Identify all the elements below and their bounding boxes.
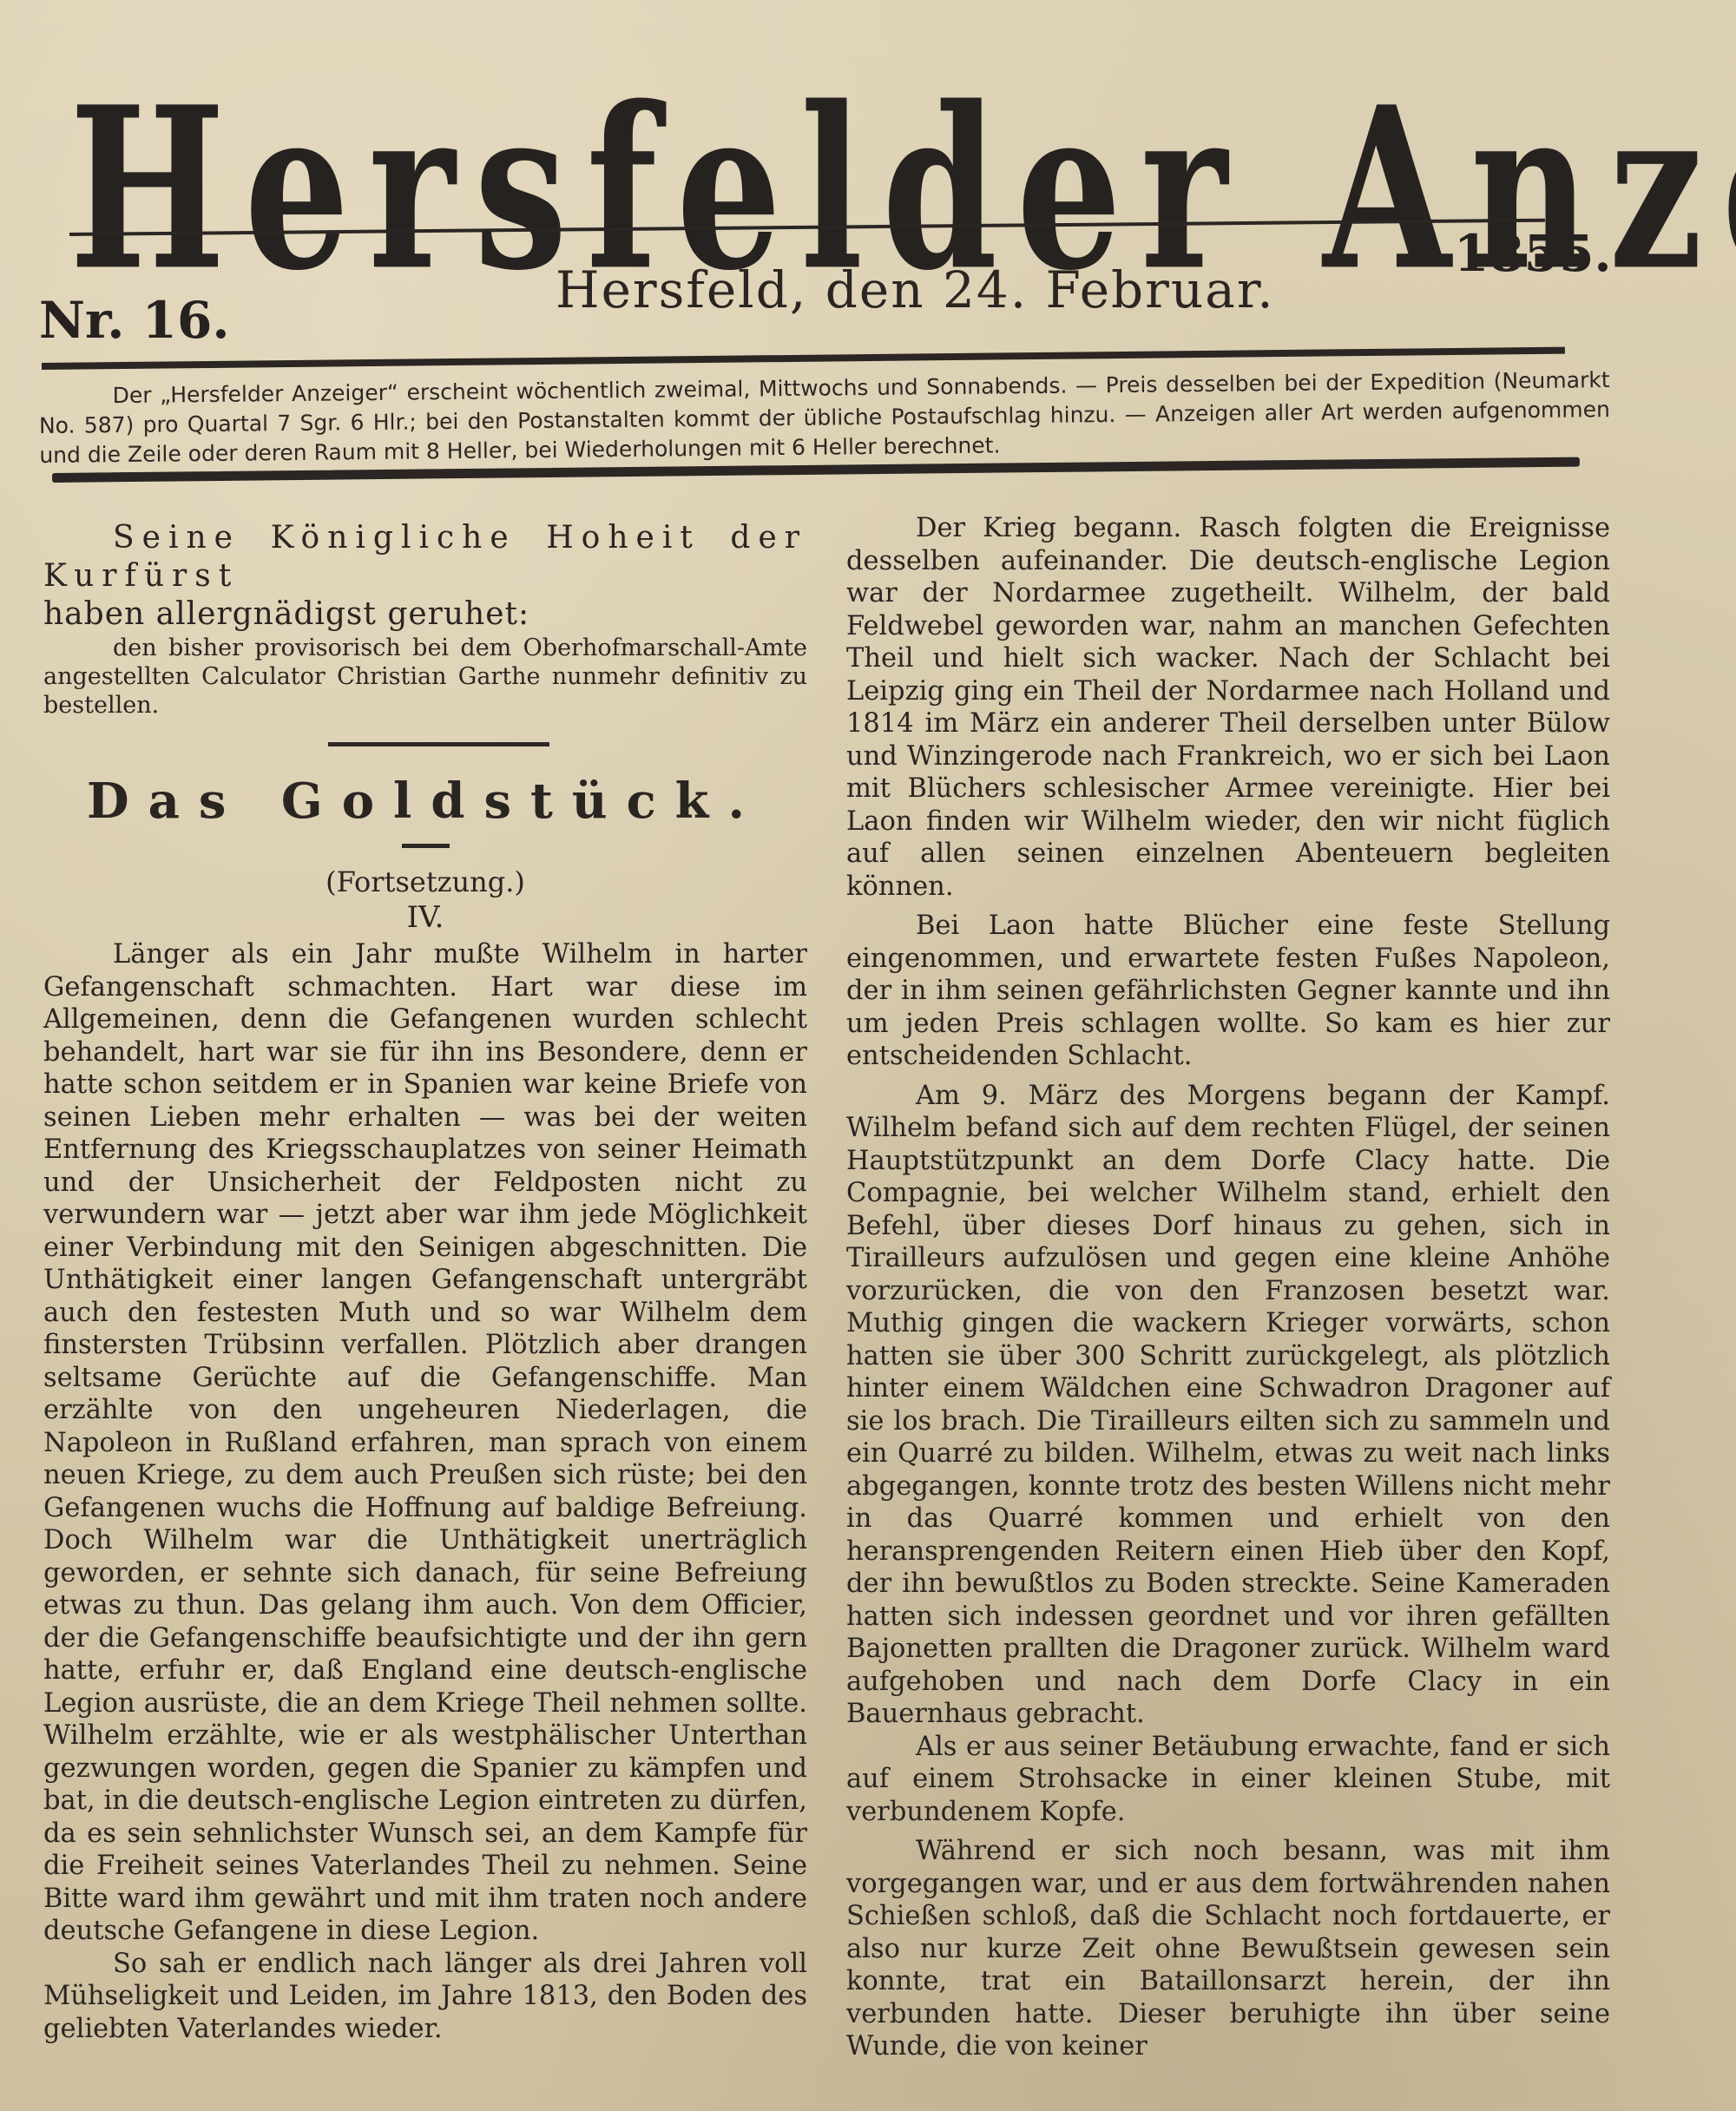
story-paragraph: So sah er endlich nach länger als drei J… (43, 1948, 807, 2046)
decree-text: den bisher provisorisch bei dem Oberhofm… (43, 634, 807, 720)
decree-heading: Seine Königliche Hoheit der Kurfürst (43, 519, 807, 595)
dateline: Hersfeld, den 24. Februar. (556, 260, 1275, 319)
subscription-notice-text: Der „Hersfelder Anzeiger“ erscheint wöch… (38, 365, 1610, 470)
story-continuation-label: (Fortsetzung.) (43, 864, 807, 900)
dateline-rule (42, 347, 1565, 370)
story-paragraph: Länger als ein Jahr mußte Wilhelm in har… (43, 938, 807, 1948)
story-title-rule (402, 844, 450, 848)
decree-body: den bisher provisorisch bei dem Oberhofm… (43, 634, 807, 720)
newspaper-page: Hersfelder Anzeiger. Nr. 16. Hersfeld, d… (0, 0, 1736, 2111)
issue-number: Nr. 16. (39, 291, 230, 350)
story-title: Das Goldstück. (43, 771, 807, 832)
story-paragraph: Während er sich noch besann, was mit ihm… (846, 1835, 1610, 2063)
right-column: Der Krieg begann. Rasch folgten die Erei… (846, 512, 1610, 2063)
subscription-notice: Der „Hersfelder Anzeiger“ erscheint wöch… (38, 365, 1610, 470)
story-paragraph: Der Krieg begann. Rasch folgten die Erei… (846, 512, 1610, 903)
left-column: Seine Königliche Hoheit der Kurfürst hab… (43, 519, 807, 2045)
story-paragraph: Am 9. März des Morgens begann der Kampf.… (846, 1080, 1610, 1731)
year: 1855. (1454, 224, 1612, 283)
story-chapter-number: IV. (43, 900, 807, 935)
story-paragraph: Bei Laon hatte Blücher eine feste Stellu… (846, 910, 1610, 1073)
story-paragraph: Als er aus seiner Betäubung erwachte, fa… (846, 1731, 1610, 1829)
section-divider (328, 742, 549, 746)
decree-subheading: haben allergnädigst geruhet: (43, 595, 807, 634)
